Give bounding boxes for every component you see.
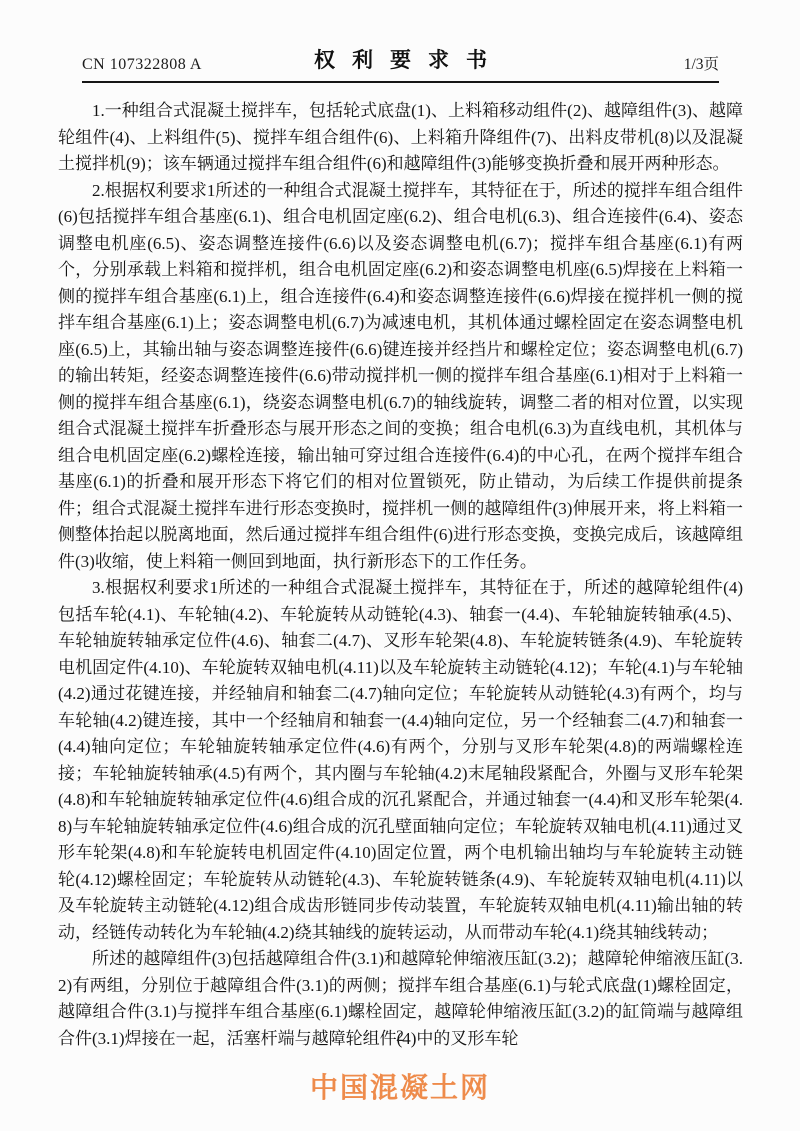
watermark: 中国混凝土网: [0, 1066, 800, 1106]
claims-body: 1.一种组合式混凝土搅拌车，包括轮式底盘(1)、上料箱移动组件(2)、越障组件(…: [58, 98, 743, 1052]
page-number: 2: [0, 1028, 800, 1046]
claim-2-paragraph: 2.根据权利要求1所述的一种组合式混凝土搅拌车，其特征在于，所述的搅拌车组合组件…: [58, 178, 743, 576]
header-divider: [82, 81, 719, 83]
patent-claims-page: CN 107322808 A 权利要求书 1/3页 1.一种组合式混凝土搅拌车，…: [0, 0, 800, 1131]
page-indicator: 1/3页: [504, 52, 719, 74]
claim-1-paragraph: 1.一种组合式混凝土搅拌车，包括轮式底盘(1)、上料箱移动组件(2)、越障组件(…: [58, 98, 743, 178]
document-title: 权利要求书: [297, 44, 504, 74]
claim-3-paragraph: 3.根据权利要求1所述的一种组合式混凝土搅拌车，其特征在于，所述的越障轮组件(4…: [58, 575, 743, 946]
patent-number: CN 107322808 A: [82, 56, 297, 74]
page-header: CN 107322808 A 权利要求书 1/3页: [58, 44, 743, 74]
